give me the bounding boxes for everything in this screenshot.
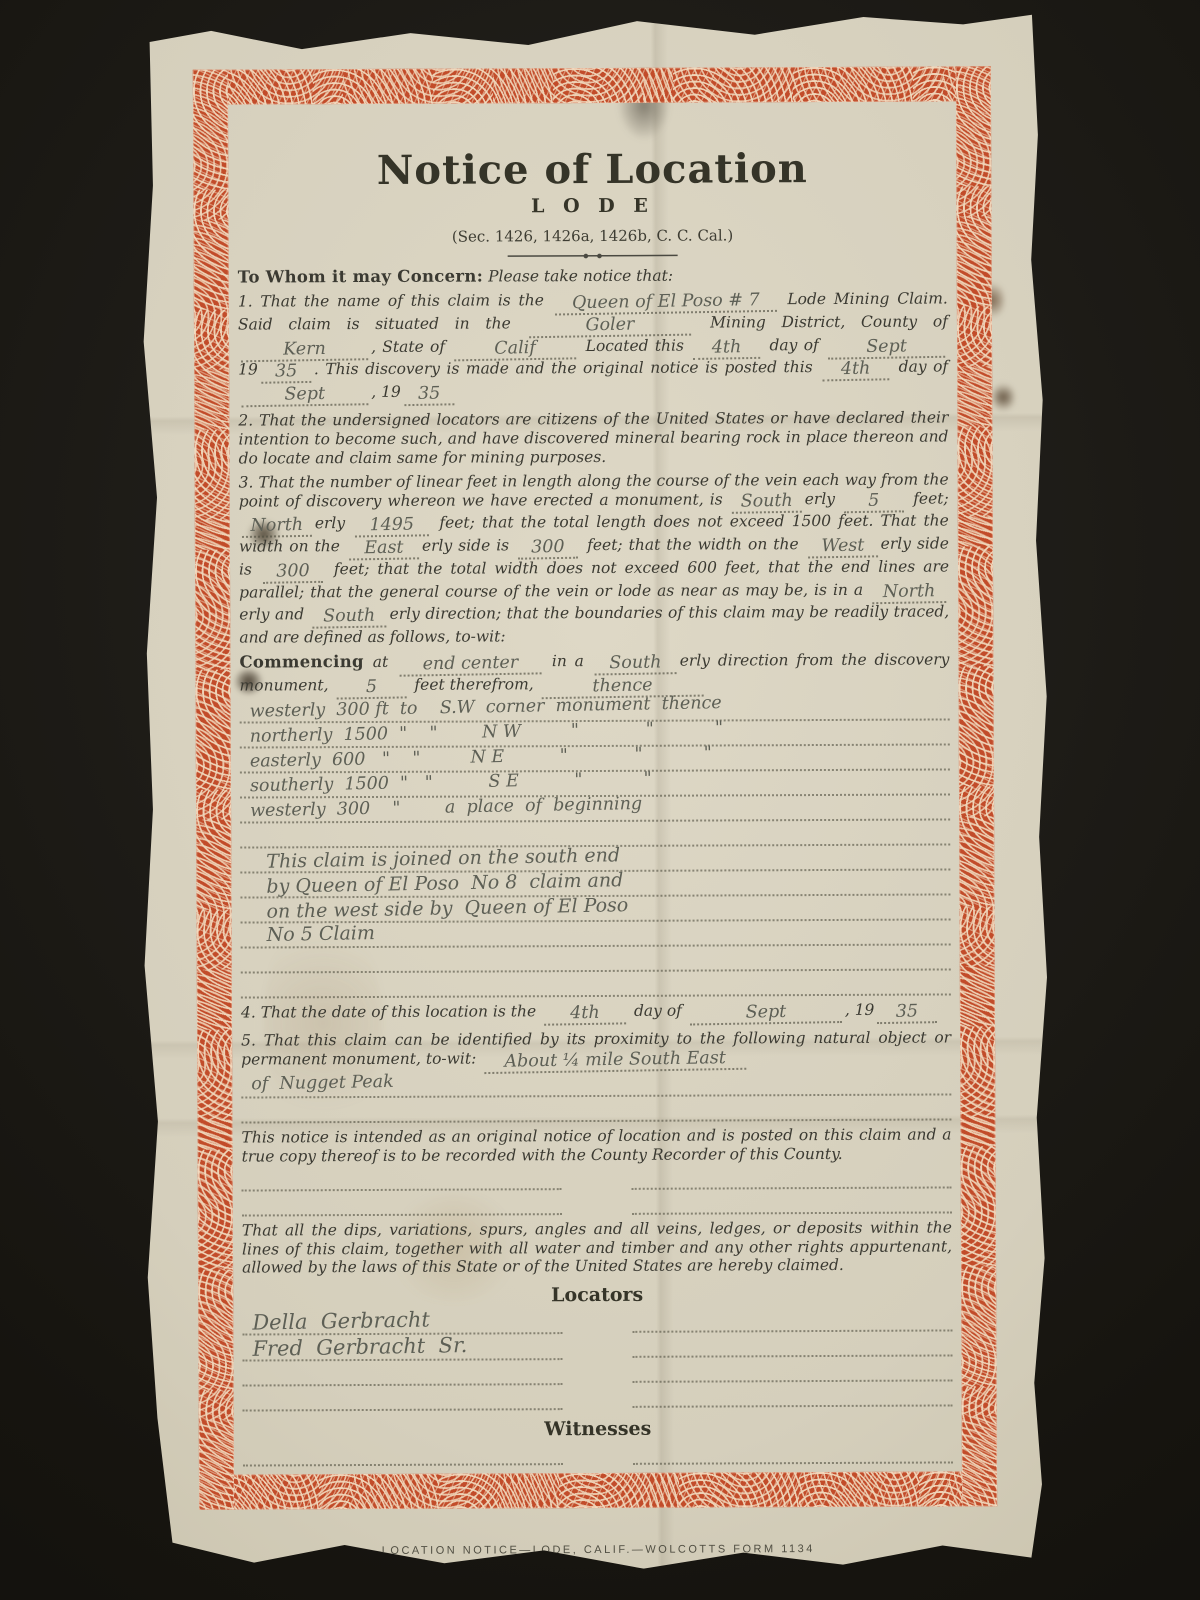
blank-line xyxy=(243,1385,563,1411)
locators-left-column: Della Gerbracht Fred Gerbracht Sr. xyxy=(242,1308,562,1411)
blank-line xyxy=(633,1382,953,1408)
handwritten-entry: South xyxy=(312,609,386,629)
clause-1: 1. That the name of this claim is the Qu… xyxy=(238,290,948,407)
printed-text: . This discovery is made and the origina… xyxy=(314,358,819,378)
handwritten-entry: 5 xyxy=(844,493,904,513)
ornate-border-top xyxy=(193,66,991,104)
printed-text: , 19 xyxy=(371,383,401,401)
handwritten-entry: end center xyxy=(399,655,541,676)
handwritten-entry: 1495 xyxy=(355,518,429,538)
handwritten-entry: 300 xyxy=(263,564,323,584)
handwritten-entry: South xyxy=(732,493,802,513)
form-subtitle: L O D E xyxy=(237,193,947,218)
printed-text: day of xyxy=(763,336,825,354)
witness-row xyxy=(243,1439,953,1467)
handwritten-entry: 35 xyxy=(261,364,311,384)
handwritten-entry: West xyxy=(808,538,878,558)
handwritten-entry: Sept xyxy=(828,338,945,359)
printed-text: feet; that the total width does not exce… xyxy=(239,557,949,601)
ornate-border-bottom xyxy=(199,1471,997,1509)
signature-line: Fred Gerbracht Sr. xyxy=(242,1334,562,1361)
locators-right-column xyxy=(632,1307,952,1410)
handwritten-note: by Queen of El Poso No 8 claim and xyxy=(240,870,623,899)
handwritten-entry: Kern xyxy=(241,341,368,362)
locators-heading: Locators xyxy=(242,1283,952,1308)
divider-ornament xyxy=(508,251,678,262)
printed-text: at xyxy=(373,653,396,671)
handwritten-entry: 4th xyxy=(822,362,889,382)
printed-text: 3. That the number of linear feet in len… xyxy=(239,470,949,510)
notice-paragraph: This notice is intended as an original n… xyxy=(241,1125,951,1166)
blank-line xyxy=(632,1163,952,1189)
printed-text: erly xyxy=(805,489,841,507)
handwritten-course: southerly 1500 " " S E " " xyxy=(240,769,652,797)
handwritten-entry: Sept xyxy=(241,386,368,407)
salutation-rest: Please take notice that: xyxy=(488,267,673,286)
salutation: To Whom it may Concern: Please take noti… xyxy=(238,264,948,287)
printed-text: erly and xyxy=(239,605,309,623)
blank-row xyxy=(242,1163,952,1191)
handwritten-entry: 300 xyxy=(518,540,578,560)
handwritten-note: This claim is joined on the south end xyxy=(240,845,620,874)
clause-4: 4. That the date of this location is the… xyxy=(241,1001,951,1027)
handwritten-entry: North xyxy=(872,584,946,604)
blank-line xyxy=(632,1332,952,1358)
handwritten-entry: North xyxy=(242,518,312,538)
ornate-border-right xyxy=(956,66,997,1506)
handwritten-entry: Goler xyxy=(529,316,691,337)
handwritten-course: westerly 300 " a place of beginning xyxy=(240,794,642,821)
clause-2: 2. That the undersigned locators are cit… xyxy=(238,408,948,468)
printed-text: Located this xyxy=(579,336,690,354)
printed-text: day of xyxy=(629,1002,687,1020)
clause-3: 3. That the number of linear feet in len… xyxy=(239,470,950,647)
printed-text: erly xyxy=(315,514,352,532)
printed-text: in a xyxy=(544,652,592,670)
witnesses-heading: Witnesses xyxy=(243,1417,953,1442)
handwritten-note: No 5 Claim xyxy=(240,922,375,946)
handwritten-entry: About ¼ mile South East xyxy=(484,1051,746,1074)
handwritten-course: easterly 600 " " N E " " " xyxy=(240,744,712,773)
blank-line xyxy=(241,1095,951,1123)
blank-line xyxy=(632,1188,952,1214)
form-imprint: LOCATION NOTICE—LODE, CALIF.—WOLCOTTS FO… xyxy=(145,1542,1051,1558)
handwritten-entry: 35 xyxy=(404,386,454,406)
handwritten-entry: 4th xyxy=(544,1006,626,1026)
blank-line xyxy=(241,971,951,999)
statute-reference: (Sec. 1426, 1426a, 1426b, C. C. Cal.) xyxy=(238,225,948,246)
printed-text: , 19 xyxy=(845,1001,875,1019)
handwritten-entry: South xyxy=(595,655,677,675)
printed-lead: Commencing xyxy=(239,652,372,672)
handwritten-entry: 4th xyxy=(693,339,760,359)
handwritten-course: westerly 300 ft to S.W corner monument t… xyxy=(239,693,721,722)
commencing-clause: Commencing at end center in a Southerly … xyxy=(239,649,949,699)
handwritten-entry: Sept xyxy=(690,1004,842,1025)
printed-text: feet therefrom, xyxy=(409,675,538,694)
handwritten-note: on the west side by Queen of El Poso xyxy=(240,895,628,924)
printed-text: 4. That the date of this location is the xyxy=(241,1003,541,1022)
salutation-lead: To Whom it may Concern: xyxy=(238,266,483,286)
blank-line xyxy=(632,1357,952,1383)
stain xyxy=(992,382,1014,412)
locators-signature-area: Della Gerbracht Fred Gerbracht Sr. xyxy=(242,1307,952,1412)
blank-line xyxy=(243,1465,563,1474)
printed-text: feet; that the width on the xyxy=(581,535,805,554)
printed-text: 1. That the name of this claim is the xyxy=(238,291,552,310)
ornate-border-left xyxy=(193,70,234,1510)
printed-text: 19 xyxy=(238,361,258,379)
blank-line xyxy=(243,1440,563,1466)
blank-line xyxy=(242,1360,562,1386)
printed-text: day of xyxy=(892,358,948,376)
blank-line xyxy=(241,946,951,974)
photo-background: Notice of Location L O D E (Sec. 1426, 1… xyxy=(0,0,1200,1600)
form-title: Notice of Location xyxy=(237,147,947,192)
locator-signature: Fred Gerbracht Sr. xyxy=(242,1333,467,1361)
blank-line xyxy=(632,1307,952,1333)
note-line: on the west side by Queen of El Poso xyxy=(240,896,950,924)
form-content: Notice of Location L O D E (Sec. 1426, 1… xyxy=(229,101,961,1474)
handwritten-entry: 35 xyxy=(877,1005,937,1025)
handwritten-course: northerly 1500 " " N W " " " xyxy=(240,718,724,747)
locator-signature: Della Gerbracht xyxy=(242,1308,430,1335)
document-paper: Notice of Location L O D E (Sec. 1426, 1… xyxy=(139,10,1052,1574)
course-line: westerly 300 " a place of beginning xyxy=(240,796,950,824)
clause-5-continuation: of Nugget Peak xyxy=(241,1070,951,1098)
printed-text: feet; xyxy=(907,489,949,507)
blank-row xyxy=(242,1188,952,1216)
clause-5: 5. That this claim can be identified by … xyxy=(241,1029,951,1074)
handwritten-entry: Calif xyxy=(454,340,576,361)
blank-line xyxy=(242,1165,562,1191)
blank-line xyxy=(633,1439,953,1465)
handwritten-entry: of Nugget Peak xyxy=(241,1072,394,1095)
printed-text: , State of xyxy=(371,337,451,355)
printed-text: Mining District, County of xyxy=(694,312,948,331)
blank-line xyxy=(242,1190,562,1216)
note-line: No 5 Claim xyxy=(241,921,951,949)
printed-text: erly side is xyxy=(422,536,515,554)
signature-line: Della Gerbracht xyxy=(242,1308,562,1335)
handwritten-entry: East xyxy=(349,540,419,560)
rights-paragraph: That all the dips, variations, spurs, an… xyxy=(242,1218,952,1278)
handwritten-entry: Queen of El Poso # 7 xyxy=(554,293,776,315)
handwritten-entry: 5 xyxy=(336,679,406,699)
